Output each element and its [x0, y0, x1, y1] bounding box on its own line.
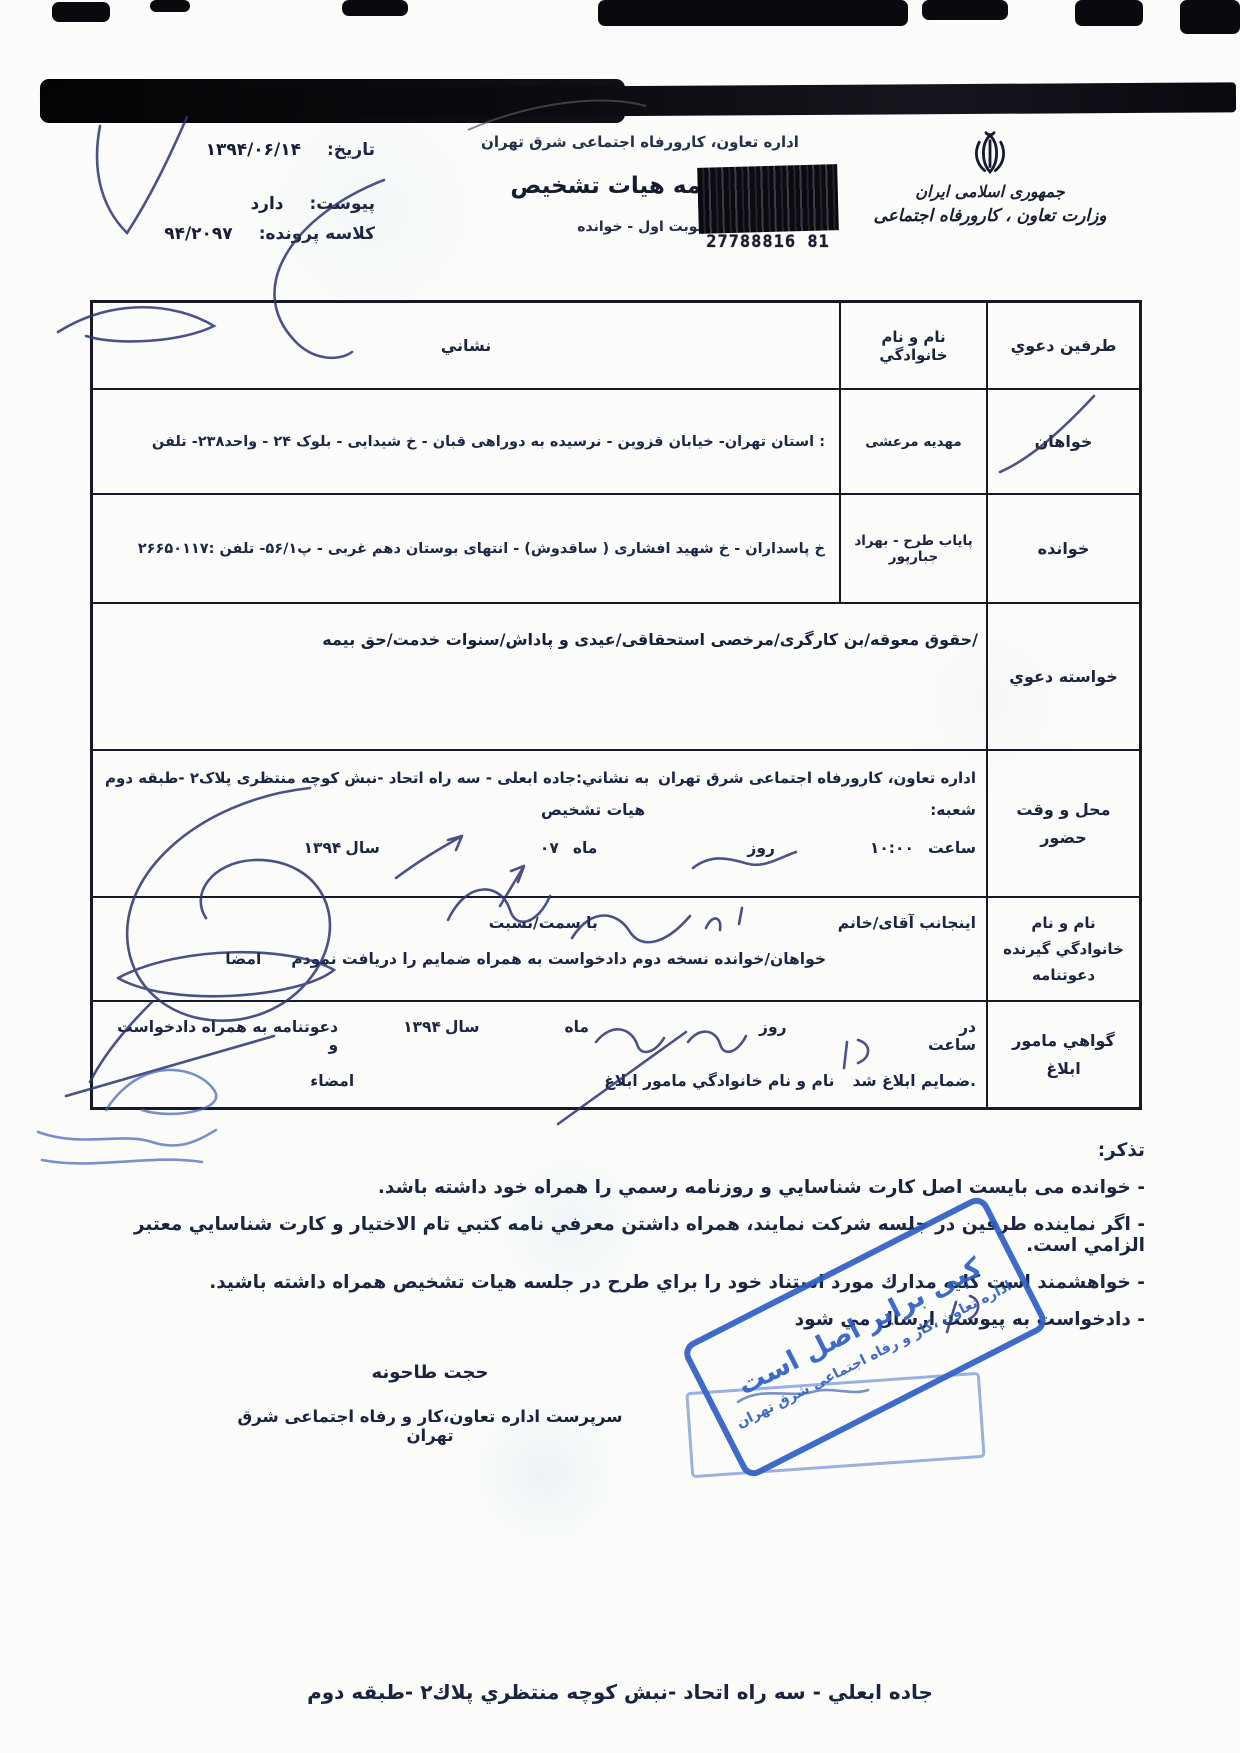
venue-month-label: ماه	[573, 839, 598, 857]
footer-address: جاده ابعلي - سه راه اتحاد -نبش كوچه منتظ…	[0, 1680, 1240, 1704]
plaintiff-row: خواهان مهدیه مرعشی : استان تهران- خیابان…	[93, 388, 1139, 493]
scanned-document-page: جمهوری اسلامی ایران وزارت تعاون ، کارورف…	[0, 0, 1240, 1753]
summons-table: طرفین دعوي نام و نام خانوادگي نشاني خواه…	[90, 300, 1142, 1110]
meta-attachment: پیوست: دارد	[95, 194, 375, 214]
table-header-row: طرفین دعوي نام و نام خانوادگي نشاني	[93, 303, 1139, 388]
meta-case: کلاسه پرونده: ۹۴/۲۰۹۷	[95, 224, 375, 244]
officer-signature-label: امضاء	[310, 1072, 354, 1090]
scan-artifact	[922, 0, 1008, 20]
document-meta: تاریخ: ۱۳۹۴/۰۶/۱۴ پیوست: دارد کلاسه پرون…	[95, 140, 375, 244]
date-label: تاریخ:	[327, 140, 375, 160]
venue-year-label: سال	[345, 839, 380, 857]
venue-month: ماه ۰۷	[540, 839, 598, 857]
signatory-block: حجت طاحونه سرپرست اداره تعاون،کار و رفاه…	[230, 1362, 630, 1445]
venue-line3: ساعت ۱۰:۰۰ روز ماه ۰۷ سال ۱۳۹۴	[105, 839, 976, 857]
venue-board-name: هیات تشخیص	[541, 801, 645, 819]
gov-line2: وزارت تعاون ، کارورفاه اجتماعی	[820, 206, 1160, 226]
receiver-label: نام و نام خانوادگي گیرنده دعوتنامه	[986, 898, 1139, 1000]
officer-time-label: در ساعت	[907, 1018, 976, 1054]
government-header: جمهوری اسلامی ایران وزارت تعاون ، کارورف…	[820, 126, 1160, 226]
header-name: نام و نام خانوادگي	[839, 303, 986, 388]
officer-year: سال ۱۳۹۴	[403, 1018, 479, 1054]
venue-day-label: روز	[747, 839, 774, 857]
notes-title: تذکر:	[95, 1140, 1145, 1161]
venue-line2: شعبه: هیات تشخیص	[105, 801, 976, 819]
meta-date: تاریخ: ۱۳۹۴/۰۶/۱۴	[95, 140, 375, 160]
venue-address: به نشاني:جاده ابعلی - سه راه اتحاد -نبش …	[105, 769, 649, 787]
defendant-row: خوانده پایاب طرح - بهراد جبارپور خ پاسدا…	[93, 493, 1139, 602]
defendant-name: پایاب طرح - بهراد جبارپور	[839, 495, 986, 602]
officer-day-label: روز	[759, 1018, 786, 1054]
officer-statement-start: دعوتنامه به همراه دادخواست و	[105, 1018, 338, 1054]
receiver-signature-label: امضا	[225, 950, 261, 968]
case-value: ۹۴/۲۰۹۷	[164, 224, 232, 244]
venue-year-value: ۱۳۹۴	[304, 839, 342, 857]
date-value: ۱۳۹۴/۰۶/۱۴	[206, 140, 301, 160]
scan-artifact	[1075, 0, 1143, 26]
attachment-label: پیوست:	[310, 194, 376, 214]
scan-artifact	[52, 2, 110, 22]
officer-row: گواهي مامور ابلاغ در ساعت روز ماه سال ۱۳…	[93, 1000, 1139, 1107]
plaintiff-label: خواهان	[986, 390, 1139, 493]
venue-label: محل و وقت حضور	[986, 751, 1139, 896]
scan-artifact	[342, 0, 408, 16]
signatory-name: حجت طاحونه	[230, 1362, 630, 1383]
scan-artifact-band	[40, 82, 1236, 119]
barcode	[697, 164, 839, 234]
header-address: نشاني	[93, 303, 839, 388]
receiver-row: نام و نام خانوادگي گیرنده دعوتنامه اینجا…	[93, 896, 1139, 1000]
officer-body: در ساعت روز ماه سال ۱۳۹۴ دعوتنامه به همر…	[93, 1002, 986, 1107]
venue-time: ساعت ۱۰:۰۰	[870, 839, 976, 857]
office-name: اداره تعاون، کارورفاه اجتماعی شرق تهران	[430, 133, 850, 151]
venue-branch-label: شعبه:	[930, 801, 976, 819]
iran-emblem-icon	[963, 126, 1017, 180]
receiver-person-label: اینجانب آقای/خانم	[838, 914, 976, 932]
claim-row: خواسته دعوي /حقوق معوقه/بن کارگری/مرخصی …	[93, 602, 1139, 749]
plaintiff-address: : استان تهران- خیابان قزوین - نرسیده به …	[93, 390, 839, 493]
officer-year-value: ۱۳۹۴	[403, 1018, 441, 1054]
claim-label: خواسته دعوي	[986, 604, 1139, 749]
venue-office: اداره تعاون، کارورفاه اجتماعی شرق تهران	[658, 769, 976, 787]
venue-time-label: ساعت	[928, 839, 976, 857]
defendant-label: خوانده	[986, 495, 1139, 602]
officer-month-label: ماه	[564, 1018, 589, 1054]
scan-artifact	[1180, 0, 1240, 34]
attachment-value: دارد	[250, 194, 283, 214]
scan-artifact	[598, 0, 908, 26]
scan-artifact	[150, 0, 190, 12]
case-label: کلاسه پرونده:	[259, 224, 375, 244]
plaintiff-name: مهدیه مرعشی	[839, 390, 986, 493]
defendant-address: خ پاسداران - خ شهید افشاری ( ساقدوش) - ا…	[93, 495, 839, 602]
gov-line1: جمهوری اسلامی ایران	[820, 182, 1160, 201]
receiver-line1: اینجانب آقای/خانم با سمت/نسبت	[105, 914, 976, 932]
receiver-body: اینجانب آقای/خانم با سمت/نسبت خواهان/خوا…	[93, 898, 986, 1000]
venue-row: محل و وقت حضور اداره تعاون، کارورفاه اجت…	[93, 749, 1139, 896]
barcode-number: 27788816 81	[690, 232, 846, 252]
receiver-position-label: با سمت/نسبت	[489, 914, 598, 932]
header-parties: طرفین دعوي	[986, 303, 1139, 388]
claim-text: /حقوق معوقه/بن کارگری/مرخصی استحقاقی/عید…	[93, 604, 986, 749]
note-item: - خوانده می بایست اصل کارت شناسایي و روز…	[95, 1177, 1145, 1198]
officer-label: گواهي مامور ابلاغ	[986, 1002, 1139, 1107]
venue-line1: اداره تعاون، کارورفاه اجتماعی شرق تهران …	[105, 769, 976, 787]
venue-time-value: ۱۰:۰۰	[870, 839, 914, 857]
signatory-title: سرپرست اداره تعاون،کار و رفاه اجتماعی شر…	[230, 1407, 630, 1445]
officer-delivered-label: .ضمایم ابلاغ شد	[852, 1072, 976, 1090]
officer-year-label: سال	[445, 1018, 480, 1054]
receiver-statement: خواهان/خوانده نسخه دوم دادخواست به همراه…	[291, 950, 826, 968]
officer-line2: .ضمایم ابلاغ شد نام و نام خانوادگي مامور…	[105, 1072, 976, 1090]
venue-month-value: ۰۷	[540, 839, 559, 857]
officer-name-label: نام و نام خانوادگي مامور ابلاغ	[604, 1072, 834, 1090]
officer-line1: در ساعت روز ماه سال ۱۳۹۴ دعوتنامه به همر…	[105, 1018, 976, 1054]
receiver-line2: خواهان/خوانده نسخه دوم دادخواست به همراه…	[105, 950, 976, 968]
venue-year: سال ۱۳۹۴	[304, 839, 380, 857]
venue-body: اداره تعاون، کارورفاه اجتماعی شرق تهران …	[93, 751, 986, 896]
